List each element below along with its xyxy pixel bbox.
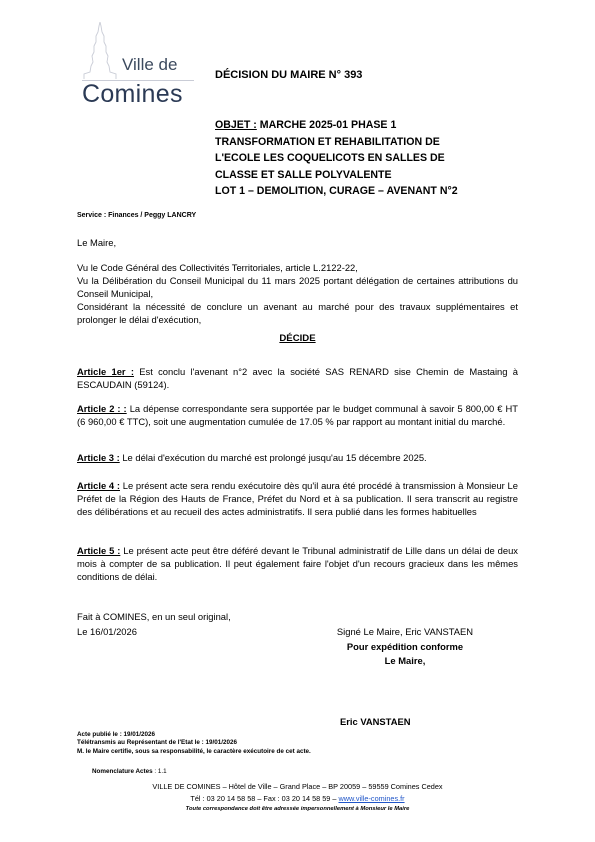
le-maire: Le Maire, xyxy=(305,654,505,669)
article-text: Le présent acte peut être déféré devant … xyxy=(77,545,518,582)
article-label: Article 4 : xyxy=(77,480,120,491)
footer-note: Toute correspondance doit être adressée … xyxy=(0,804,595,816)
footer: VILLE DE COMINES – Hôtel de Ville – Gran… xyxy=(0,781,595,816)
article-5: Article 5 : Le présent acte peut être dé… xyxy=(77,545,518,583)
decide-heading: DÉCIDE xyxy=(0,333,595,344)
publication-info: Acte publié le : 19/01/2026 Télétransmis… xyxy=(77,731,311,756)
service-line: Service : Finances / Peggy LANCRY xyxy=(77,212,196,219)
decision-object: OBJET : MARCHE 2025-01 PHASE 1 TRANSFORM… xyxy=(215,117,535,200)
objet-line: L'ECOLE LES COQUELICOTS EN SALLES DE xyxy=(215,150,535,167)
objet-line: LOT 1 – DEMOLITION, CURAGE – AVENANT N°2 xyxy=(215,183,535,200)
church-spire-icon xyxy=(82,22,122,80)
considerant: Vu la Délibération du Conseil Municipal … xyxy=(77,275,518,301)
footer-address: VILLE DE COMINES – Hôtel de Ville – Gran… xyxy=(0,781,595,793)
article-text: Est conclu l'avenant n°2 avec la société… xyxy=(77,366,518,390)
nomenclature-label: Nomenclature Actes xyxy=(92,768,153,775)
article-4: Article 4 : Le présent acte sera rendu e… xyxy=(77,480,518,518)
article-label: Article 2 : : xyxy=(77,403,127,414)
objet-label: OBJET : xyxy=(215,119,257,131)
signatory-name: Eric VANSTAEN xyxy=(340,716,411,727)
website-link[interactable]: www.ville-comines.fr xyxy=(338,794,404,803)
article-2: Article 2 : : La dépense correspondante … xyxy=(77,403,518,429)
city-logo: Ville de Comines xyxy=(82,22,200,112)
signed-by: Signé Le Maire, Eric VANSTAEN xyxy=(305,625,505,640)
footer-phone: Tél : 03 20 14 58 58 – Fax : 03 20 14 58… xyxy=(190,794,338,803)
nomenclature: Nomenclature Actes : 1.1 xyxy=(92,768,167,776)
article-text: Le présent acte sera rendu exécutoire dè… xyxy=(77,480,518,517)
considerant: Considérant la nécessité de conclure un … xyxy=(77,301,518,327)
publication-date: Acte publié le : 19/01/2026 xyxy=(77,731,311,739)
article-text: Le délai d'exécution du marché est prolo… xyxy=(120,452,427,463)
expedition-conforme: Pour expédition conforme xyxy=(305,640,505,655)
article-1: Article 1er : Est conclu l'avenant n°2 a… xyxy=(77,366,518,392)
objet-line: CLASSE ET SALLE POLYVALENTE xyxy=(215,167,535,184)
nomenclature-value: : 1.1 xyxy=(153,768,167,775)
article-label: Article 3 : xyxy=(77,452,120,463)
opening: Le Maire, xyxy=(77,237,518,250)
article-text: La dépense correspondante sera supportée… xyxy=(77,403,518,427)
logo-text-comines: Comines xyxy=(82,80,183,109)
objet-line: TRANSFORMATION ET REHABILITATION DE xyxy=(215,134,535,151)
signature-date: Le 16/01/2026 xyxy=(77,626,137,637)
signature-block: Signé Le Maire, Eric VANSTAEN Pour expéd… xyxy=(305,625,505,669)
footer-contact: Tél : 03 20 14 58 58 – Fax : 03 20 14 58… xyxy=(0,793,595,805)
executory-certification: M. le Maire certifie, sous sa responsabi… xyxy=(77,748,311,756)
considerant: Vu le Code Général des Collectivités Ter… xyxy=(77,262,518,275)
article-3: Article 3 : Le délai d'exécution du marc… xyxy=(77,452,518,465)
fait-a: Fait à COMINES, en un seul original, xyxy=(77,611,231,622)
logo-text-ville: Ville de xyxy=(122,55,177,75)
article-label: Article 1er : xyxy=(77,366,134,377)
objet-line: MARCHE 2025-01 PHASE 1 xyxy=(257,119,397,131)
decision-title: DÉCISION DU MAIRE N° 393 xyxy=(215,69,362,81)
article-label: Article 5 : xyxy=(77,545,120,556)
transmission-date: Télétransmis au Représentant de l'Etat l… xyxy=(77,739,311,747)
